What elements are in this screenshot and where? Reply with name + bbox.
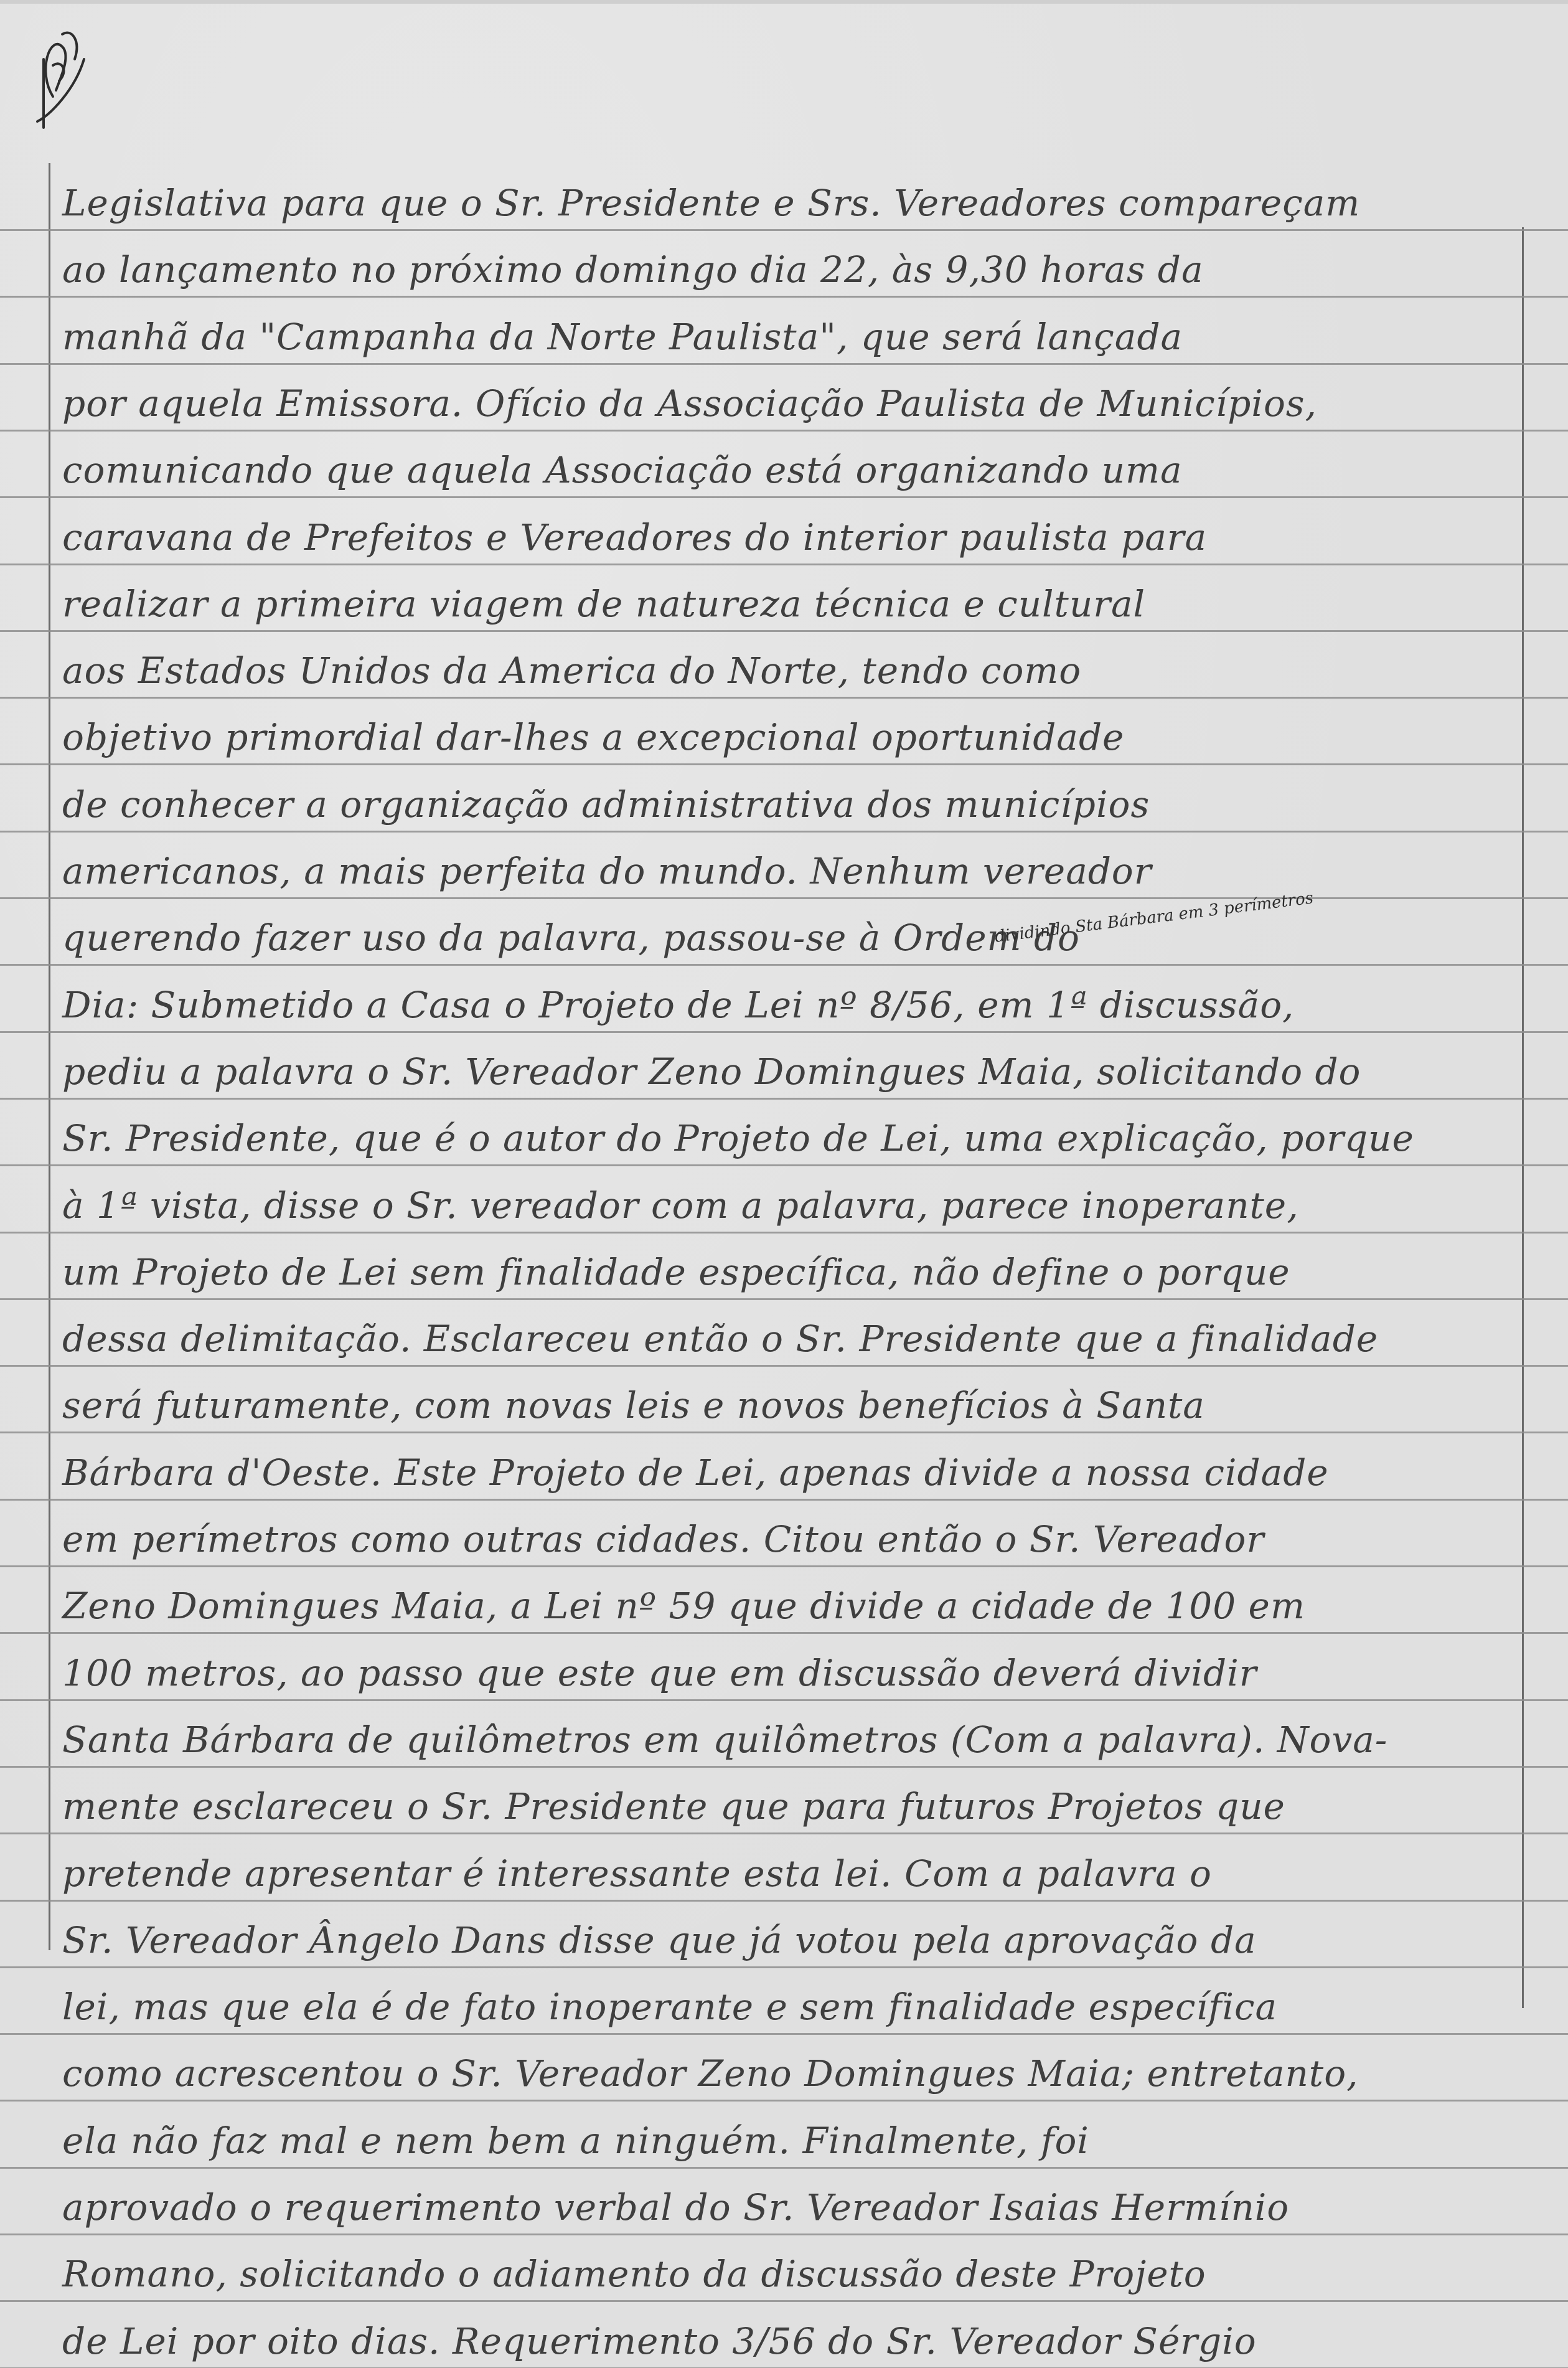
handwritten-line: de conhecer a organização administrativa… [62, 773, 1513, 836]
handwritten-line: caravana de Prefeitos e Vereadores do in… [62, 506, 1513, 568]
handwritten-line: querendo fazer uso da palavra, passou-se… [62, 907, 1513, 969]
handwritten-line: comunicando que aquela Associação está o… [62, 439, 1513, 501]
handwritten-line: 100 metros, ao passo que este que em dis… [62, 1642, 1513, 1704]
right-margin-rule [1522, 227, 1524, 2008]
handwritten-line: Legislativa para que o Sr. Presidente e … [62, 172, 1513, 234]
page-top-edge [0, 0, 1568, 4]
handwritten-line: lei, mas que ela é de fato inoperante e … [62, 1976, 1513, 2038]
handwritten-line: por aquela Emissora. Ofício da Associaçã… [62, 372, 1513, 435]
handwritten-line: manhã da "Campanha da Norte Paulista", q… [62, 306, 1513, 368]
document-page: Legislativa para que o Sr. Presidente e … [0, 0, 1568, 2368]
handwritten-line: ao lançamento no próximo domingo dia 22,… [62, 238, 1513, 301]
handwritten-line: como acrescentou o Sr. Vereador Zeno Dom… [62, 2042, 1513, 2105]
handwritten-line: Romano, solicitando o adiamento da discu… [62, 2243, 1513, 2305]
handwritten-line: Sr. Presidente, que é o autor do Projeto… [62, 1107, 1513, 1169]
handwritten-line: Santa Bárbara de quilômetros em quilômet… [62, 1709, 1513, 1771]
handwritten-line: pediu a palavra o Sr. Vereador Zeno Domi… [62, 1040, 1513, 1103]
handwritten-line: de Lei por oito dias. Requerimento 3/56 … [62, 2310, 1513, 2368]
handwritten-line: em perímetros como outras cidades. Citou… [62, 1508, 1513, 1570]
page-number-stamp-icon [25, 22, 87, 140]
handwritten-line: Zeno Domingues Maia, a Lei nº 59 que div… [62, 1575, 1513, 1637]
handwritten-line: pretende apresentar é interessante esta … [62, 1842, 1513, 1905]
handwritten-line: aprovado o requerimento verbal do Sr. Ve… [62, 2176, 1513, 2238]
handwritten-line: realizar a primeira viagem de natureza t… [62, 573, 1513, 635]
handwritten-line: ela não faz mal e nem bem a ninguém. Fin… [62, 2110, 1513, 2172]
handwritten-line: aos Estados Unidos da America do Norte, … [62, 639, 1513, 702]
handwritten-line: mente esclareceu o Sr. Presidente que pa… [62, 1775, 1513, 1837]
handwritten-line: Sr. Vereador Ângelo Dans disse que já vo… [62, 1909, 1513, 1971]
handwritten-line: à 1ª vista, disse o Sr. vereador com a p… [62, 1174, 1513, 1237]
handwritten-line: um Projeto de Lei sem finalidade específ… [62, 1241, 1513, 1303]
handwritten-line: Dia: Submetido a Casa o Projeto de Lei n… [62, 974, 1513, 1036]
handwritten-line: dessa delimitação. Esclareceu então o Sr… [62, 1308, 1513, 1370]
handwritten-line: será futuramente, com novas leis e novos… [62, 1374, 1513, 1436]
handwritten-line: objetivo primordial dar-lhes a excepcion… [62, 706, 1513, 768]
handwritten-line: Bárbara d'Oeste. Este Projeto de Lei, ap… [62, 1441, 1513, 1504]
